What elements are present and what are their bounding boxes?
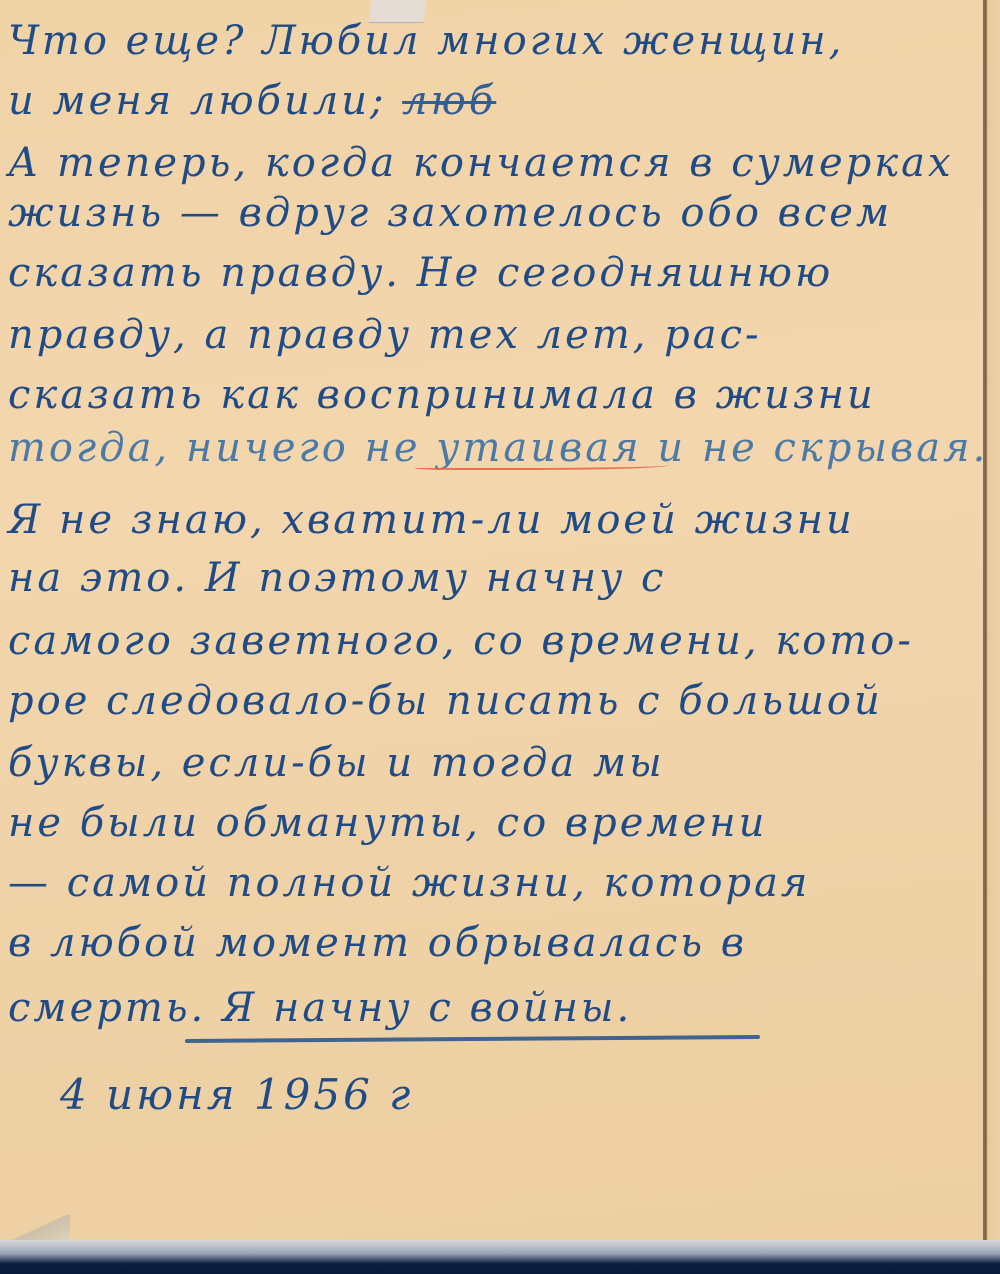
text-line-10: на это. И поэтому начну с: [8, 555, 666, 601]
text-line-7: сказать как воспринимала в жизни: [8, 372, 876, 418]
text-line-2: и меня любили; люб: [8, 78, 496, 124]
text-line-4: жизнь — вдруг захотелось обо всем: [8, 190, 892, 236]
manuscript-page: Что еще? Любил многих женщин, и меня люб…: [0, 0, 985, 1240]
text-line-3: А теперь, когда кончается в сумерках: [8, 140, 954, 186]
page-edge: [985, 0, 1000, 1274]
text-line-17: смерть. Я начну с войны.: [8, 985, 632, 1031]
text-line-13: буквы, если-бы и тогда мы: [8, 740, 665, 786]
text-line-9: Я не знаю, хватит-ли моей жизни: [8, 497, 855, 543]
text-line-15: — самой полной жизни, которая: [8, 860, 810, 906]
emphasis-underline: [185, 1035, 760, 1043]
text-line-6: правду, а правду тех лет, рас-: [8, 312, 762, 358]
scan-background-strip: [0, 1240, 1000, 1274]
text-line-11: самого заветного, со времени, кото-: [8, 618, 914, 664]
text-line-12: рое следовало-бы писать с большой: [8, 678, 883, 724]
text-line-16: в любой момент обрывалась в: [8, 920, 747, 966]
text-line-14: не были обмануты, со времени: [8, 800, 767, 846]
date-signature: 4 июня 1956 г: [60, 1070, 413, 1119]
struck-word: люб: [402, 78, 496, 124]
text-line-1: Что еще? Любил многих женщин,: [8, 18, 844, 64]
text-line-5: сказать правду. Не сегодняшнюю: [8, 250, 833, 296]
text-line-2-main: и меня любили;: [8, 78, 386, 124]
